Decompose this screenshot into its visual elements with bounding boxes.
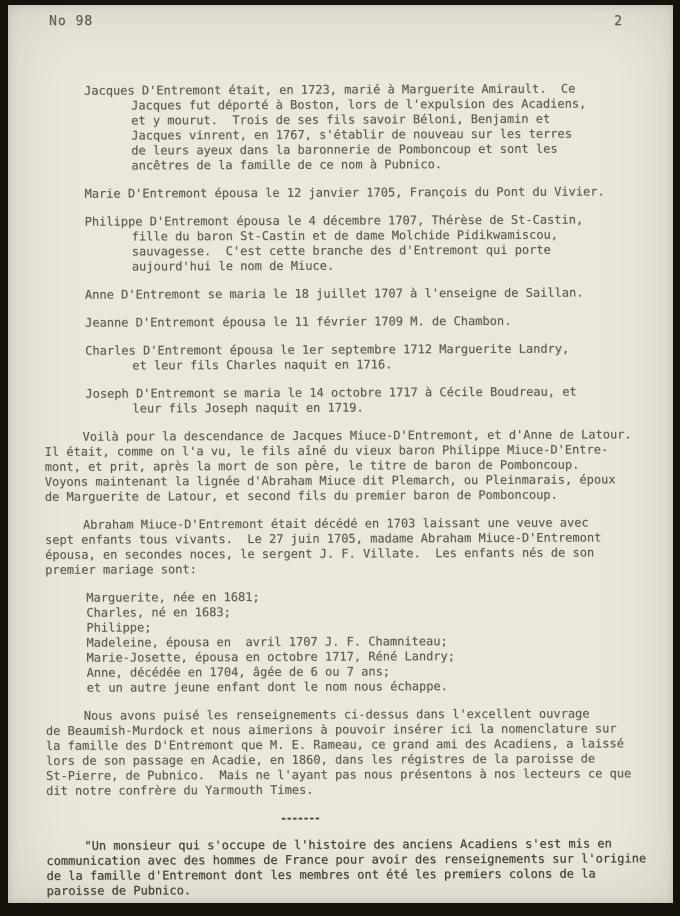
section-divider: ------- (280, 809, 648, 826)
paragraph: Charles D'Entremont épousa le 1er septem… (44, 341, 646, 374)
text-line: leur fils Joseph naquit en 1719. (44, 399, 646, 417)
document-number: No 98 (49, 14, 93, 29)
paragraph: Anne D'Entremont se maria le 18 juillet … (44, 285, 646, 303)
text-line: Marie D'Entremont épousa le 12 janvier 1… (43, 184, 645, 202)
paragraph: Nous avons puisé les renseignements ci-d… (46, 706, 648, 799)
paragraph: Marguerite, née en 1681;Charles, né en 1… (45, 588, 647, 696)
paragraph: Jacques D'Entremont était, en 1723, mari… (43, 81, 645, 174)
text-line: ancêtres de la famille de ce nom à Pubni… (43, 156, 645, 174)
page-number: 2 (614, 14, 623, 29)
page-header: No 98 2 (8, 5, 673, 29)
text-line: St-Pierre, de Pubnico. Mais ne l'ayant p… (46, 766, 648, 784)
document-body: Jacques D'Entremont était, en 1723, mari… (8, 81, 673, 899)
text-line: de leurs ayeux dans la baronnerie de Pom… (43, 141, 645, 159)
paragraph: Marie D'Entremont épousa le 12 janvier 1… (43, 184, 645, 202)
text-line: de Marguerite de Latour, et second fils … (45, 487, 647, 505)
text-line: et un autre jeune enfant dont le nom nou… (46, 678, 648, 696)
text-line: Charles D'Entremont épousa le 1er septem… (44, 341, 646, 359)
text-line: aujourd'hui le nom de Miuce. (44, 257, 646, 275)
text-line: premier mariage sont: (45, 560, 647, 578)
scanned-page-frame: No 98 2 Jacques D'Entremont était, en 17… (0, 0, 680, 916)
text-line: dit notre confrère du Yarmouth Times. (46, 781, 648, 799)
text-line: de la famille d'Entremont dont les membr… (46, 866, 648, 884)
paragraph: Joseph D'Entremont se maria le 14 octobr… (44, 384, 646, 417)
text-line: fille du baron St-Castin et de dame Molc… (44, 227, 646, 245)
paragraph: Abraham Miuce-D'Entremont était décédé e… (45, 515, 647, 578)
text-line: Jacques fut déporté à Boston, lors de l'… (43, 96, 645, 114)
text-line: Jeanne D'Entremont épousa le 11 février … (44, 313, 646, 331)
paragraph: Jeanne D'Entremont épousa le 11 février … (44, 313, 646, 331)
text-line: paroisse de Pubnico. (46, 881, 648, 899)
paragraph: Voilà pour la descendance de Jacques Miu… (45, 427, 647, 505)
paragraph: Philippe D'Entremont épousa le 4 décembr… (44, 212, 646, 275)
text-line: et leur fils Charles naquit en 1716. (44, 356, 646, 374)
typewritten-page: No 98 2 Jacques D'Entremont était, en 17… (8, 5, 673, 903)
text-line: Joseph D'Entremont se maria le 14 octobr… (44, 384, 646, 402)
paragraph: "Un monsieur qui s'occupe de l'histoire … (46, 836, 648, 899)
text-line: épousa, en secondes noces, le sergent J.… (45, 545, 647, 563)
text-line: Anne D'Entremont se maria le 18 juillet … (44, 285, 646, 303)
